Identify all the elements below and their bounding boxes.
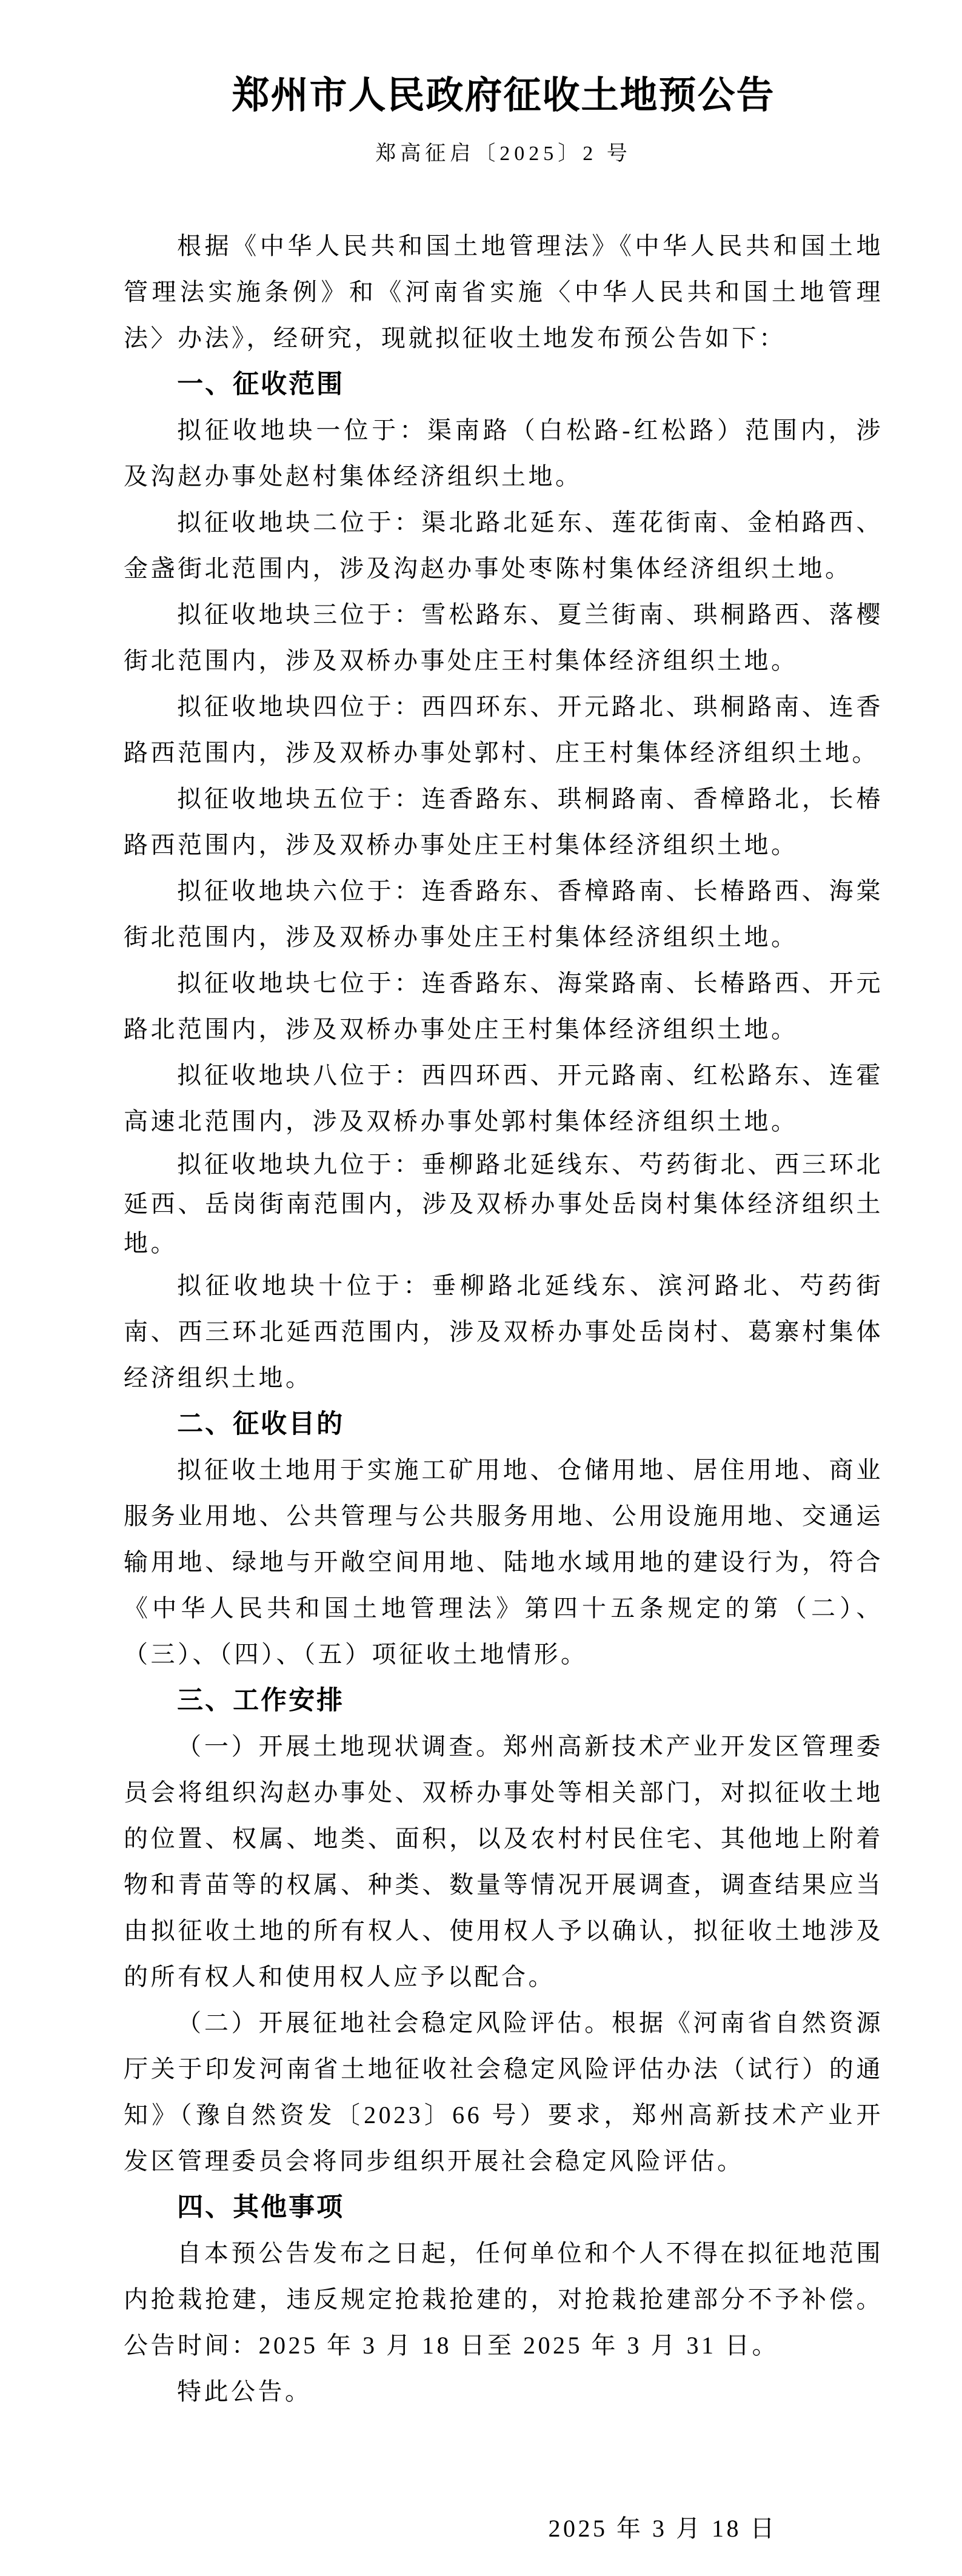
work-plan-risk-assessment-paragraph: （二）开展征地社会稳定风险评估。根据《河南省自然资源厅关于印发河南省土地征收社会…	[124, 2000, 883, 2184]
land-block-7-paragraph: 拟征收地块七位于：连香路东、海棠路南、长椿路西、开元路北范围内，涉及双桥办事处庄…	[124, 960, 883, 1052]
doc-number: 郑高征启〔2025〕2 号	[124, 141, 883, 167]
section-heading-other-matters: 四、其他事项	[124, 2184, 883, 2230]
section-heading-scope: 一、征收范围	[124, 361, 883, 407]
land-block-9-paragraph: 拟征收地块九位于：垂柳路北延线东、芍药街北、西三环北延西、岳岗街南范围内，涉及双…	[124, 1145, 883, 1263]
closing-paragraph: 特此公告。	[124, 2369, 883, 2415]
doc-title: 郑州市人民政府征收土地预公告	[124, 72, 883, 120]
land-block-1-paragraph: 拟征收地块一位于：渠南路（白松路-红松路）范围内，涉及沟赵办事处赵村集体经济组织…	[124, 407, 883, 500]
land-block-8-paragraph: 拟征收地块八位于：西四环西、开元路南、红松路东、连霍高速北范围内，涉及双桥办事处…	[124, 1052, 883, 1145]
section-heading-purpose: 二、征收目的	[124, 1401, 883, 1447]
other-matters-paragraph: 自本预公告发布之日起，任何单位和个人不得在拟征地范围内抢栽抢建，违反规定抢栽抢建…	[124, 2230, 883, 2369]
land-block-4-paragraph: 拟征收地块四位于：西四环东、开元路北、珙桐路南、连香路西范围内，涉及双桥办事处郭…	[124, 684, 883, 776]
section-heading-work-plan: 三、工作安排	[124, 1678, 883, 1724]
land-block-5-paragraph: 拟征收地块五位于：连香路东、珙桐路南、香樟路北，长椿路西范围内，涉及双桥办事处庄…	[124, 776, 883, 868]
doc-date: 2025 年 3 月 18 日	[124, 2506, 883, 2552]
land-block-3-paragraph: 拟征收地块三位于：雪松路东、夏兰街南、珙桐路西、落樱街北范围内，涉及双桥办事处庄…	[124, 592, 883, 684]
purpose-paragraph: 拟征收土地用于实施工矿用地、仓储用地、居住用地、商业服务业用地、公共管理与公共服…	[124, 1447, 883, 1678]
announcement-page: 郑州市人民政府征收土地预公告 郑高征启〔2025〕2 号 根据《中华人民共和国土…	[0, 0, 962, 2576]
doc-body: 根据《中华人民共和国土地管理法》《中华人民共和国土地管理法实施条例》和《河南省实…	[124, 223, 883, 2415]
land-block-6-paragraph: 拟征收地块六位于：连香路东、香樟路南、长椿路西、海棠街北范围内，涉及双桥办事处庄…	[124, 868, 883, 960]
land-block-10-paragraph: 拟征收地块十位于：垂柳路北延线东、滨河路北、芍药街南、西三环北延西范围内，涉及双…	[124, 1263, 883, 1401]
work-plan-survey-paragraph: （一）开展土地现状调查。郑州高新技术产业开发区管理委员会将组织沟赵办事处、双桥办…	[124, 1724, 883, 2000]
intro-paragraph: 根据《中华人民共和国土地管理法》《中华人民共和国土地管理法实施条例》和《河南省实…	[124, 223, 883, 361]
land-block-2-paragraph: 拟征收地块二位于：渠北路北延东、莲花街南、金柏路西、金盏街北范围内，涉及沟赵办事…	[124, 500, 883, 592]
